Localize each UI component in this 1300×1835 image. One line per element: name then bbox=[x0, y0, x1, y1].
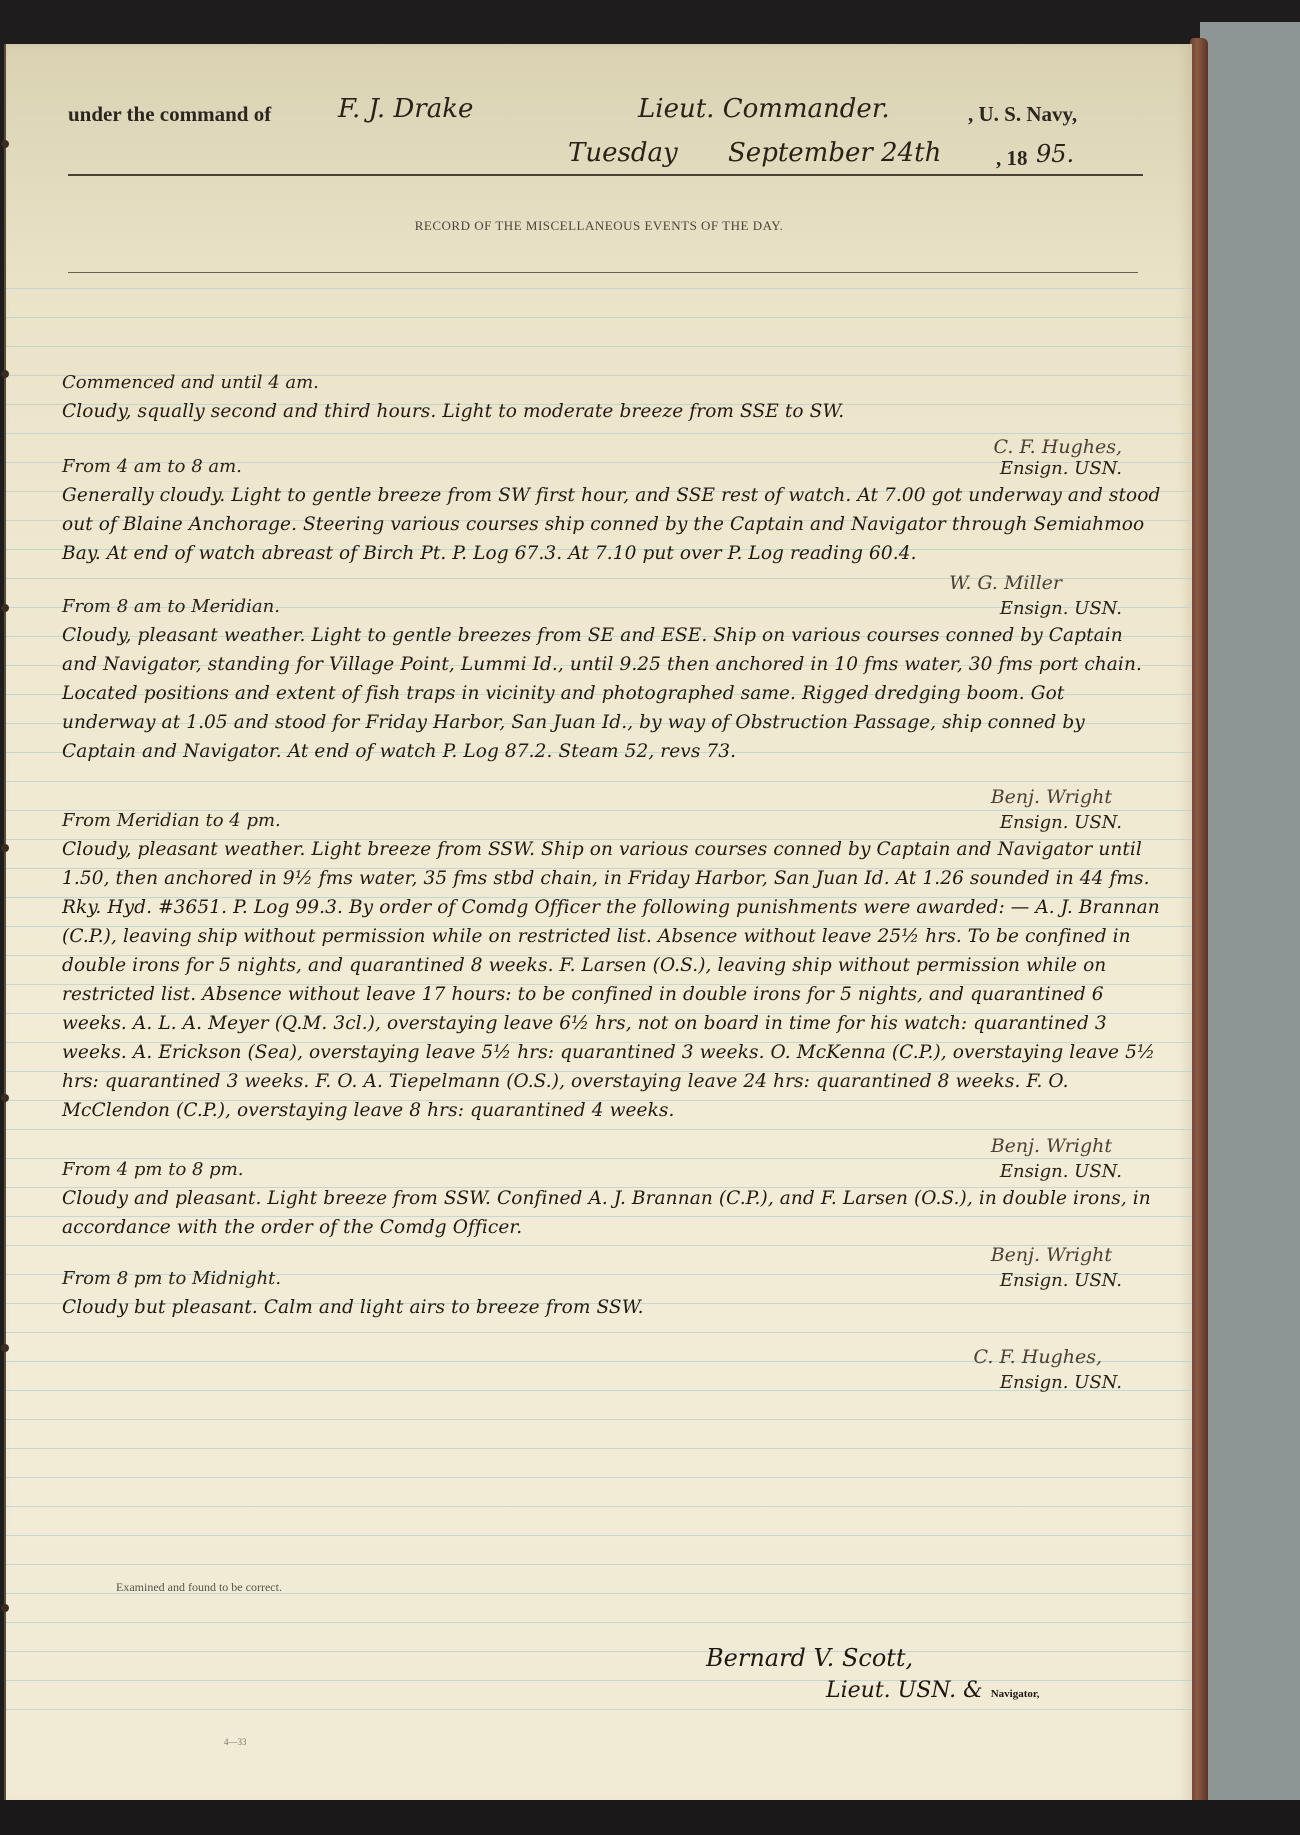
log-page: under the command of F. J. Drake Lieut. … bbox=[4, 44, 1192, 1804]
backdrop bbox=[1200, 22, 1300, 1822]
officer-name: C. F. Hughes, bbox=[62, 1344, 1122, 1370]
rule-line bbox=[6, 1448, 1192, 1449]
watch-heading: From 4 am to 8 am. bbox=[62, 452, 1172, 481]
officer-rank: Ensign. USN. bbox=[62, 1370, 1122, 1396]
section-title: RECORD OF THE MISCELLANEOUS EVENTS OF TH… bbox=[6, 218, 1192, 234]
binding-stitch bbox=[1, 370, 9, 378]
year-suffix: 95. bbox=[1036, 140, 1074, 168]
commander-rank: Lieut. Commander. bbox=[638, 94, 890, 124]
log-entry: From 8 pm to Midnight. Cloudy but pleasa… bbox=[62, 1264, 1172, 1396]
binding-stitch bbox=[1, 1604, 9, 1612]
navigator-signature: Bernard V. Scott, Lieut. USN. &Navigator… bbox=[706, 1644, 1039, 1703]
log-date: September 24th bbox=[728, 138, 941, 168]
log-entry: From 8 am to Meridian. Cloudy, pleasant … bbox=[62, 592, 1172, 836]
commander-name: F. J. Drake bbox=[338, 94, 473, 124]
navigator-label: Navigator, bbox=[991, 1688, 1040, 1700]
rule-line bbox=[6, 1564, 1192, 1565]
watch-heading: From 4 pm to 8 pm. bbox=[62, 1155, 1172, 1184]
watch-remarks: Generally cloudy. Light to gentle breeze… bbox=[62, 481, 1162, 568]
watch-heading: From 8 pm to Midnight. bbox=[62, 1264, 1172, 1293]
binding-stitch bbox=[1, 1344, 9, 1352]
header-divider bbox=[68, 174, 1143, 176]
rule-line bbox=[6, 1709, 1192, 1710]
rule-line bbox=[6, 1622, 1192, 1623]
watch-heading: From 8 am to Meridian. bbox=[62, 592, 1172, 621]
watch-remarks: Cloudy and pleasant. Light breeze from S… bbox=[62, 1184, 1162, 1242]
rule-line bbox=[6, 1419, 1192, 1420]
log-day: Tuesday bbox=[568, 138, 678, 168]
watch-remarks: Cloudy, pleasant weather. Light breeze f… bbox=[62, 835, 1162, 1125]
form-number: 4—33 bbox=[224, 1737, 247, 1747]
watch-remarks: Cloudy, squally second and third hours. … bbox=[62, 397, 1162, 426]
navy-label: , U. S. Navy, bbox=[968, 102, 1077, 127]
watch-remarks: Cloudy but pleasant. Calm and light airs… bbox=[62, 1293, 1162, 1322]
navigator-name: Bernard V. Scott, bbox=[706, 1644, 1039, 1672]
watch-heading: From Meridian to 4 pm. bbox=[62, 806, 1172, 835]
rule-line bbox=[6, 1477, 1192, 1478]
watch-heading: Commenced and until 4 am. bbox=[62, 368, 1172, 397]
navigator-rank: Lieut. USN. &Navigator, bbox=[826, 1678, 1039, 1703]
examined-label: Examined and found to be correct. bbox=[116, 1580, 282, 1595]
watch-remarks: Cloudy, pleasant weather. Light to gentl… bbox=[62, 621, 1162, 766]
rule-line bbox=[6, 1506, 1192, 1507]
binding-stitch bbox=[1, 1094, 9, 1102]
binding-stitch bbox=[1, 844, 9, 852]
navigator-rank-text: Lieut. USN. & bbox=[826, 1678, 983, 1703]
binding-stitch bbox=[1, 604, 9, 612]
officer-signature: C. F. Hughes, Ensign. USN. bbox=[62, 1344, 1172, 1396]
rule-line bbox=[6, 1535, 1192, 1536]
rule-line bbox=[6, 288, 1192, 289]
year-prefix: , 18 bbox=[996, 146, 1028, 171]
title-divider bbox=[68, 272, 1138, 273]
rule-line bbox=[6, 317, 1192, 318]
log-entries: Commenced and until 4 am. Cloudy, squall… bbox=[62, 324, 1172, 1396]
binding-stitch bbox=[1, 140, 9, 148]
backdrop-bottom bbox=[0, 1800, 1300, 1835]
book-page-edges bbox=[1190, 38, 1208, 1818]
log-entry: From Meridian to 4 pm. Cloudy, pleasant … bbox=[62, 806, 1172, 1185]
command-label: under the command of bbox=[68, 102, 271, 127]
